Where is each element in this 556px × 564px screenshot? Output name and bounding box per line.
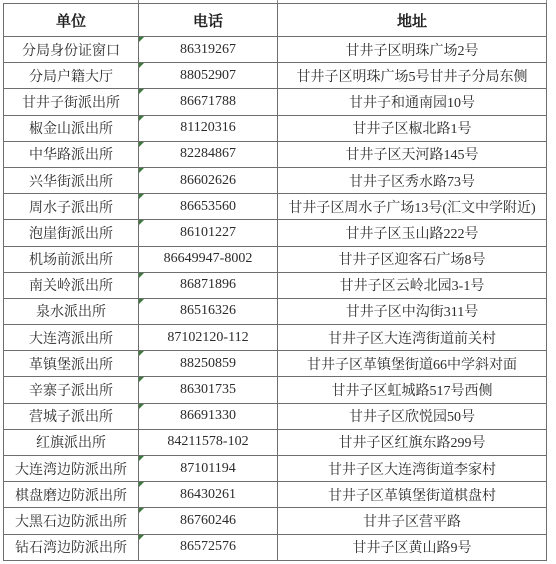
number-stored-as-text-flag-icon <box>139 377 144 382</box>
phone-cell: 82284867 <box>139 141 278 167</box>
address-cell: 甘井子区明珠广场2号 <box>278 37 547 63</box>
unit-cell: 大黑石边防派出所 <box>4 508 139 534</box>
table-row: 周水子派出所86653560甘井子区周水子广场13号(汇文中学附近) <box>4 194 547 220</box>
unit-cell: 机场前派出所 <box>4 246 139 272</box>
unit-cell: 泡崖街派出所 <box>4 220 139 246</box>
address-cell: 甘井子和通南园10号 <box>278 89 547 115</box>
unit-cell: 钻石湾边防派出所 <box>4 534 139 560</box>
table-row: 椒金山派出所81120316甘井子区椒北路1号 <box>4 115 547 141</box>
table-row: 钻石湾边防派出所86572576甘井子区黄山路9号 <box>4 534 547 560</box>
number-stored-as-text-flag-icon <box>139 194 144 199</box>
unit-cell: 分局户籍大厅 <box>4 63 139 89</box>
unit-cell: 南关岭派出所 <box>4 272 139 298</box>
table-row: 大黑石边防派出所86760246甘井子区营平路 <box>4 508 547 534</box>
phone-cell: 86691330 <box>139 403 278 429</box>
phone-cell: 86516326 <box>139 298 278 324</box>
number-stored-as-text-flag-icon <box>139 220 144 225</box>
address-cell: 甘井子区革镇堡街道棋盘村 <box>278 482 547 508</box>
number-stored-as-text-flag-icon <box>139 508 144 513</box>
unit-cell: 棋盘磨边防派出所 <box>4 482 139 508</box>
address-cell: 甘井子区玉山路222号 <box>278 220 547 246</box>
address-cell: 甘井子区欣悦园50号 <box>278 403 547 429</box>
address-cell: 甘井子区黄山路9号 <box>278 534 547 560</box>
column-header-phone: 电话 <box>139 4 278 37</box>
phone-cell: 88052907 <box>139 63 278 89</box>
table-row: 南关岭派出所86871896甘井子区云岭北园3-1号 <box>4 272 547 298</box>
address-cell: 甘井子区大连湾街道李家村 <box>278 456 547 482</box>
phone-cell: 86649947-8002 <box>139 246 278 272</box>
unit-cell: 辛寨子派出所 <box>4 377 139 403</box>
address-cell: 甘井子区革镇堡街道66中学斜对面 <box>278 351 547 377</box>
number-stored-as-text-flag-icon <box>139 37 144 42</box>
phone-cell: 86671788 <box>139 89 278 115</box>
table-row: 棋盘磨边防派出所86430261甘井子区革镇堡街道棋盘村 <box>4 482 547 508</box>
phone-cell: 86871896 <box>139 272 278 298</box>
table-body: 分局身份证窗口86319267甘井子区明珠广场2号分局户籍大厅88052907甘… <box>4 37 547 561</box>
table-row: 泡崖街派出所86101227甘井子区玉山路222号 <box>4 220 547 246</box>
phone-cell: 88250859 <box>139 351 278 377</box>
address-cell: 甘井子区明珠广场5号甘井子分局东侧 <box>278 63 547 89</box>
unit-cell: 红旗派出所 <box>4 429 139 455</box>
unit-cell: 分局身份证窗口 <box>4 37 139 63</box>
unit-cell: 椒金山派出所 <box>4 115 139 141</box>
police-station-contact-table: 单位 电话 地址 分局身份证窗口86319267甘井子区明珠广场2号分局户籍大厅… <box>3 3 547 561</box>
unit-cell: 革镇堡派出所 <box>4 351 139 377</box>
table-row: 营城子派出所86691330甘井子区欣悦园50号 <box>4 403 547 429</box>
unit-cell: 中华路派出所 <box>4 141 139 167</box>
table-row: 分局户籍大厅88052907甘井子区明珠广场5号甘井子分局东侧 <box>4 63 547 89</box>
number-stored-as-text-flag-icon <box>139 535 144 540</box>
number-stored-as-text-flag-icon <box>139 116 144 121</box>
table-row: 革镇堡派出所88250859甘井子区革镇堡街道66中学斜对面 <box>4 351 547 377</box>
phone-cell: 87102120-112 <box>139 325 278 351</box>
address-cell: 甘井子区大连湾街道前关村 <box>278 325 547 351</box>
address-cell: 甘井子区营平路 <box>278 508 547 534</box>
table-row: 大连湾边防派出所87101194甘井子区大连湾街道李家村 <box>4 456 547 482</box>
number-stored-as-text-flag-icon <box>139 273 144 278</box>
phone-cell: 84211578-102 <box>139 429 278 455</box>
table-row: 辛寨子派出所86301735甘井子区虹城路517号西侧 <box>4 377 547 403</box>
address-cell: 甘井子区秀水路73号 <box>278 167 547 193</box>
address-cell: 甘井子区虹城路517号西侧 <box>278 377 547 403</box>
number-stored-as-text-flag-icon <box>139 482 144 487</box>
phone-cell: 86572576 <box>139 534 278 560</box>
header-row: 单位 电话 地址 <box>4 4 547 37</box>
address-cell: 甘井子区椒北路1号 <box>278 115 547 141</box>
address-cell: 甘井子区迎客石广场8号 <box>278 246 547 272</box>
table-row: 红旗派出所84211578-102甘井子区红旗东路299号 <box>4 429 547 455</box>
table-page: 单位 电话 地址 分局身份证窗口86319267甘井子区明珠广场2号分局户籍大厅… <box>0 0 556 564</box>
phone-cell: 86301735 <box>139 377 278 403</box>
table-row: 机场前派出所86649947-8002甘井子区迎客石广场8号 <box>4 246 547 272</box>
number-stored-as-text-flag-icon <box>139 299 144 304</box>
number-stored-as-text-flag-icon <box>139 456 144 461</box>
unit-cell: 兴华街派出所 <box>4 167 139 193</box>
column-header-unit: 单位 <box>4 4 139 37</box>
table-row: 大连湾派出所87102120-112甘井子区大连湾街道前关村 <box>4 325 547 351</box>
unit-cell: 营城子派出所 <box>4 403 139 429</box>
number-stored-as-text-flag-icon <box>139 142 144 147</box>
number-stored-as-text-flag-icon <box>139 404 144 409</box>
phone-cell: 86430261 <box>139 482 278 508</box>
unit-cell: 甘井子街派出所 <box>4 89 139 115</box>
phone-cell: 86101227 <box>139 220 278 246</box>
column-header-address: 地址 <box>278 4 547 37</box>
table-row: 兴华街派出所86602626甘井子区秀水路73号 <box>4 167 547 193</box>
table-row: 分局身份证窗口86319267甘井子区明珠广场2号 <box>4 37 547 63</box>
phone-cell: 81120316 <box>139 115 278 141</box>
address-cell: 甘井子区红旗东路299号 <box>278 429 547 455</box>
address-cell: 甘井子区天河路145号 <box>278 141 547 167</box>
number-stored-as-text-flag-icon <box>139 89 144 94</box>
number-stored-as-text-flag-icon <box>139 168 144 173</box>
table-row: 泉水派出所86516326甘井子区中沟街311号 <box>4 298 547 324</box>
phone-cell: 86319267 <box>139 37 278 63</box>
address-cell: 甘井子区云岭北园3-1号 <box>278 272 547 298</box>
table-row: 甘井子街派出所86671788甘井子和通南园10号 <box>4 89 547 115</box>
address-cell: 甘井子区周水子广场13号(汇文中学附近) <box>278 194 547 220</box>
address-cell: 甘井子区中沟街311号 <box>278 298 547 324</box>
page-root: { "colors": { "background": "#ffffff", "… <box>0 0 556 564</box>
phone-cell: 87101194 <box>139 456 278 482</box>
phone-cell: 86760246 <box>139 508 278 534</box>
phone-cell: 86602626 <box>139 167 278 193</box>
unit-cell: 大连湾边防派出所 <box>4 456 139 482</box>
unit-cell: 周水子派出所 <box>4 194 139 220</box>
table-row: 中华路派出所82284867甘井子区天河路145号 <box>4 141 547 167</box>
phone-cell: 86653560 <box>139 194 278 220</box>
number-stored-as-text-flag-icon <box>139 351 144 356</box>
unit-cell: 大连湾派出所 <box>4 325 139 351</box>
unit-cell: 泉水派出所 <box>4 298 139 324</box>
number-stored-as-text-flag-icon <box>139 63 144 68</box>
